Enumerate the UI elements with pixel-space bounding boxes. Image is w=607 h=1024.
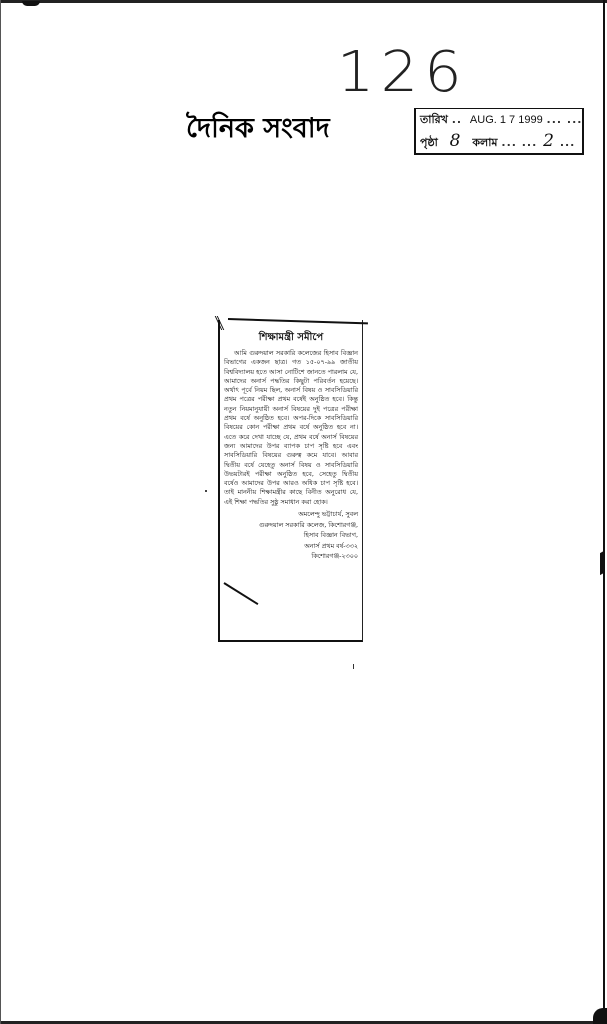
- stamp-page-value: 8: [450, 131, 461, 151]
- stamp-column-label: কলাম: [472, 136, 497, 149]
- clipping-title: শিক্ষামন্ত্রী সমীপে: [220, 330, 362, 347]
- scan-speck: [205, 490, 207, 492]
- signature-line: অনার্স প্রথম বর্ষ-৩৩২: [224, 541, 358, 552]
- stamp-date-label: তারিখ: [420, 113, 448, 126]
- scan-speck: [353, 664, 354, 669]
- stamp-date-value: AUG. 1 7 1999: [470, 114, 543, 126]
- stamp-page-row: পৃষ্ঠা 8 কলাম ... ... 2 ...: [420, 131, 575, 153]
- scan-edge-right: [603, 0, 605, 1024]
- signature-line: কিশোরগঞ্জ-২৩০০: [224, 551, 358, 562]
- signature-line: অমলেন্দু ভট্টাচার্য, সুবল: [224, 509, 358, 520]
- archive-page-number: 126: [337, 40, 468, 105]
- scan-edge-left: [0, 0, 1, 1024]
- clipping-body: আমি গুরুদয়াল সরকারি কলেজের হিসাব বিজ্ঞা…: [220, 349, 362, 507]
- scan-smudge: [22, 1, 40, 6]
- stamp-dots: ... ...: [547, 113, 583, 126]
- scan-corner-blob: [593, 1008, 607, 1024]
- stamp-dots: ..: [452, 113, 462, 126]
- date-stamp: তারিখ .. AUG. 1 7 1999 ... ... পৃষ্ঠা 8 …: [414, 108, 584, 155]
- stamp-date-row: তারিখ .. AUG. 1 7 1999 ... ...: [420, 111, 582, 130]
- stamp-column-value: 2: [543, 131, 554, 151]
- newspaper-clipping: শিক্ষামন্ত্রী সমীপে আমি গুরুদয়াল সরকারি…: [218, 320, 363, 642]
- stamp-page-label: পৃষ্ঠা: [420, 136, 438, 149]
- clipping-top-rule: [228, 318, 368, 324]
- signature-line: হিসাব বিজ্ঞান বিভাগ,: [224, 530, 358, 541]
- signature-line: গুরুদয়াল সরকারি কলেজ, কিশোরগঞ্জ,: [224, 520, 358, 531]
- clipping-corner-mark: [223, 582, 258, 605]
- clipping-signature: অমলেন্দু ভট্টাচার্য, সুবল গুরুদয়াল সরকা…: [220, 507, 362, 562]
- stamp-dots: ...: [560, 136, 576, 149]
- newspaper-masthead: দৈনিক সংবাদ: [186, 108, 330, 153]
- scan-edge-mark: [600, 551, 604, 575]
- scan-edge-top: [0, 0, 607, 3]
- stamp-dots: ... ...: [501, 136, 537, 149]
